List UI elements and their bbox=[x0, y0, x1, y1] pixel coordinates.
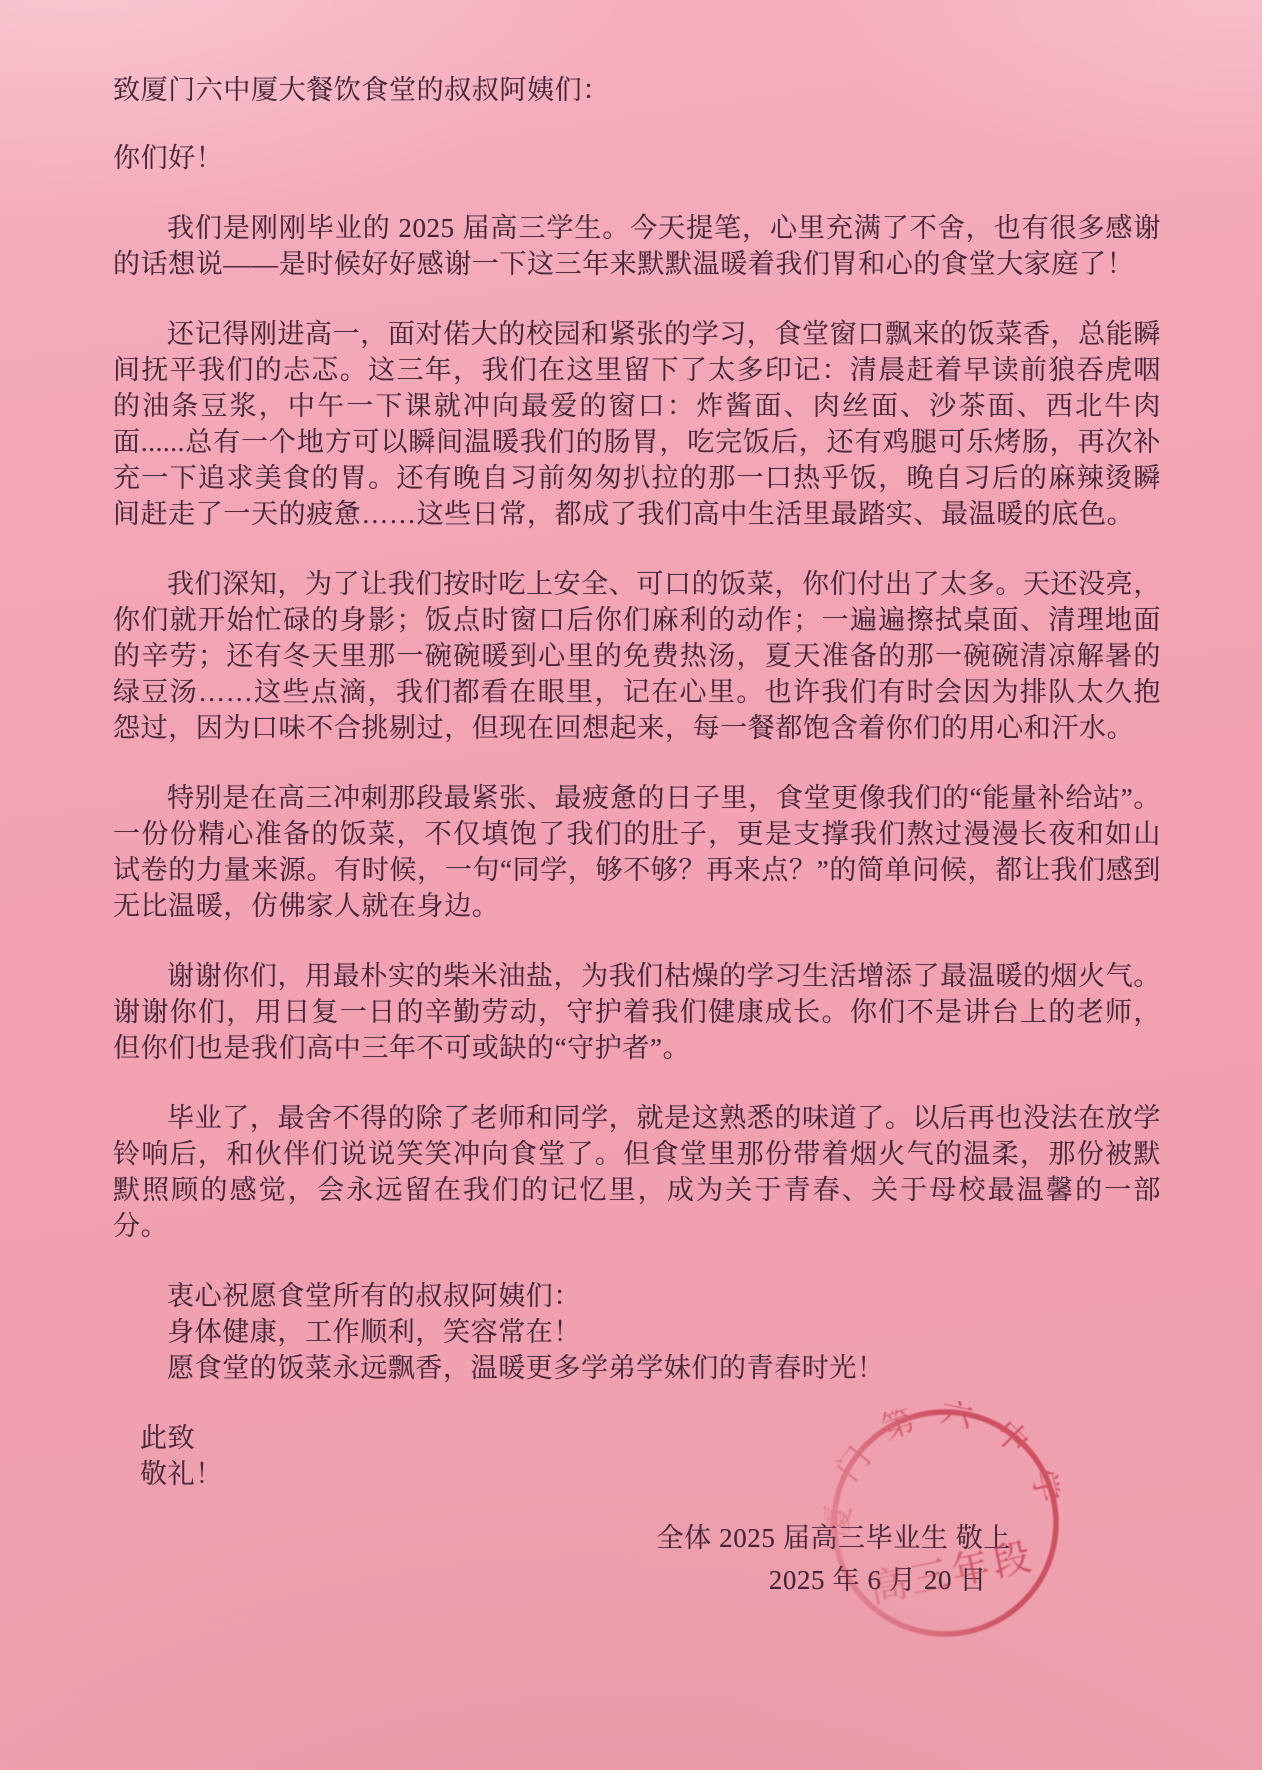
signature-block: 全体 2025 届高三毕业生 敬上 2025 年 6 月 20 日 bbox=[113, 1520, 1161, 1598]
paragraph-3: 我们深知，为了让我们按时吃上安全、可口的饭菜，你们付出了太多。天还没亮，你们就开… bbox=[113, 566, 1161, 746]
signature-by: 全体 2025 届高三毕业生 敬上 bbox=[113, 1520, 1011, 1556]
letter-sheet: 致厦门六中厦大餐饮食堂的叔叔阿姨们： 你们好！ 我们是刚刚毕业的 2025 届高… bbox=[0, 0, 1262, 1770]
paragraph-2: 还记得刚进高一，面对偌大的校园和紧张的学习，食堂窗口飘来的饭菜香，总能瞬间抚平我… bbox=[113, 316, 1161, 532]
wish-line-2: 身体健康，工作顺利，笑容常在！ bbox=[113, 1314, 1161, 1350]
closing-cizhi: 此致 bbox=[113, 1420, 1161, 1456]
paragraph-6: 毕业了，最舍不得的除了老师和同学，就是这熟悉的味道了。以后再也没法在放学铃响后，… bbox=[113, 1100, 1161, 1244]
signature-date: 2025 年 6 月 20 日 bbox=[113, 1562, 987, 1598]
paragraph-4: 特别是在高三冲刺那段最紧张、最疲惫的日子里，食堂更像我们的“能量补给站”。一份份… bbox=[113, 780, 1161, 924]
closing-jingli: 敬礼！ bbox=[113, 1456, 1161, 1492]
salutation: 致厦门六中厦大餐饮食堂的叔叔阿姨们： bbox=[113, 72, 1161, 108]
wish-line-1: 衷心祝愿食堂所有的叔叔阿姨们： bbox=[113, 1278, 1161, 1314]
paragraph-1: 我们是刚刚毕业的 2025 届高三学生。今天提笔，心里充满了不舍，也有很多感谢的… bbox=[113, 210, 1161, 282]
wishes-block: 衷心祝愿食堂所有的叔叔阿姨们： 身体健康，工作顺利，笑容常在！ 愿食堂的饭菜永远… bbox=[113, 1278, 1161, 1386]
greeting: 你们好！ bbox=[113, 140, 1161, 176]
letter-body: 致厦门六中厦大餐饮食堂的叔叔阿姨们： 你们好！ 我们是刚刚毕业的 2025 届高… bbox=[113, 72, 1161, 1598]
closing-block: 此致 敬礼！ bbox=[113, 1420, 1161, 1492]
paragraph-5: 谢谢你们，用最朴实的柴米油盐，为我们枯燥的学习生活增添了最温暖的烟火气。谢谢你们… bbox=[113, 958, 1161, 1066]
wish-line-3: 愿食堂的饭菜永远飘香，温暖更多学弟学妹们的青春时光！ bbox=[113, 1350, 1161, 1386]
